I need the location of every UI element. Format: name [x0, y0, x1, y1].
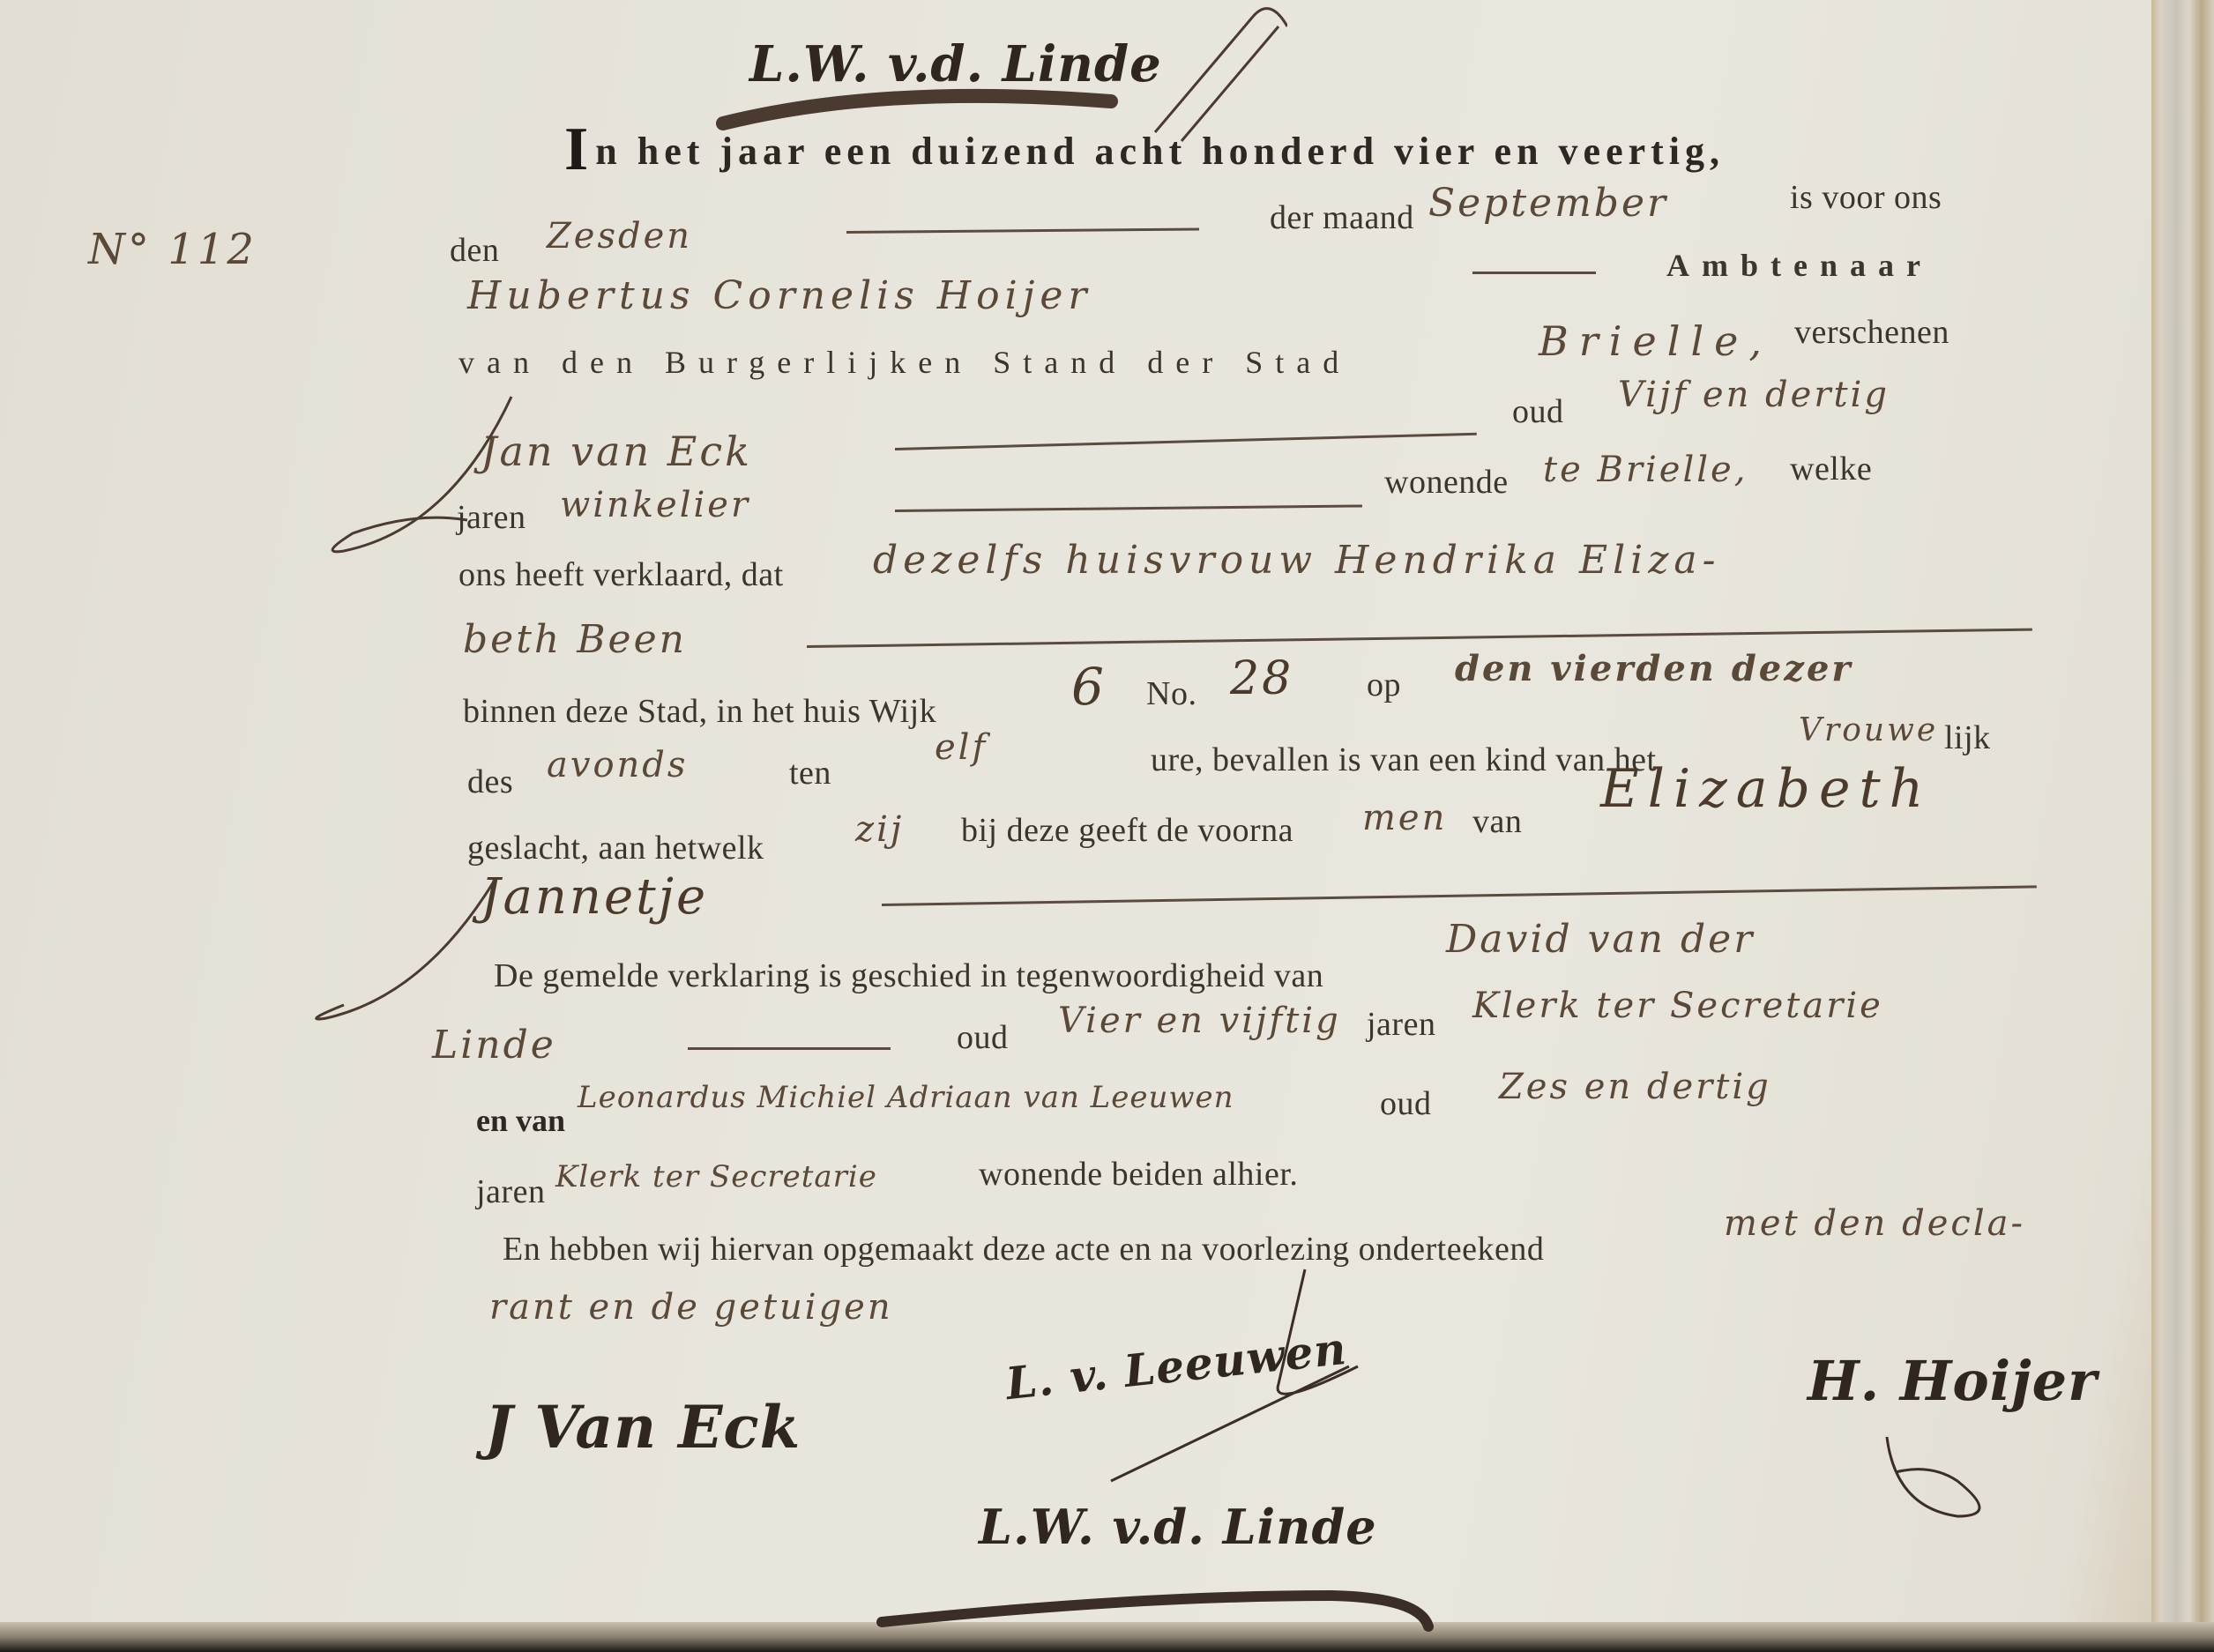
field-month: September	[1428, 181, 1668, 226]
label-gemelde-verklaring: De gemelde verklaring is geschied in teg…	[494, 956, 1323, 995]
signature-official: H. Hoijer	[1808, 1349, 2098, 1413]
field-occupation: winkelier	[560, 485, 750, 525]
letter-flourish-icon	[317, 388, 547, 564]
label-oud: oud	[1512, 392, 1564, 431]
label-burgerlijke-stand: van den Burgerlijken Stand der Stad	[458, 344, 1351, 381]
label-jaren: jaren	[476, 1172, 545, 1211]
field-city: Brielle,	[1539, 317, 1772, 365]
field-witness1-cont: Linde	[432, 1023, 556, 1068]
label-welke: welke	[1790, 450, 1872, 488]
field-declarant-age: Vijf en dertig	[1618, 375, 1890, 415]
label-wonende: wonende	[1384, 463, 1509, 502]
drop-cap: I	[564, 115, 593, 183]
field-witness1-age: Vier en vijftig	[1058, 1001, 1341, 1041]
letter-flourish-icon	[300, 873, 529, 1031]
field-hour: elf	[935, 727, 988, 768]
label-ambtenaar: Ambtenaar	[1666, 247, 1933, 284]
label-is-voor-ons: is voor ons	[1790, 178, 1942, 217]
signature-flourish-icon	[1005, 1261, 1375, 1490]
field-witness2-occupation: Klerk ter Secretarie	[555, 1159, 877, 1194]
label-der-maand: der maand	[1270, 198, 1414, 237]
field-child-name: Elizabeth	[1600, 758, 1932, 820]
field-witness2-age: Zes en dertig	[1499, 1067, 1771, 1107]
signature-flourish-icon	[1878, 1428, 2037, 1534]
field-mother: dezelfs huisvrouw Hendrika Eliza-	[873, 538, 1721, 583]
label-jaren: jaren	[457, 498, 526, 537]
opening-line-text: n het jaar een duizend acht honderd vier…	[595, 130, 1725, 173]
opening-line: In het jaar een duizend acht honderd vie…	[564, 115, 1725, 185]
label-den: den	[450, 231, 499, 270]
field-day: Zesden	[547, 216, 692, 257]
label-voorna: bij deze geeft de voorna	[961, 811, 1293, 850]
field-official-name: Hubertus Cornelis Hoijer	[467, 273, 1092, 318]
label-ten: ten	[789, 754, 831, 793]
signature-underline-icon	[873, 1578, 1437, 1640]
label-ons-heeft-verklaard: ons heeft verklaard, dat	[458, 555, 784, 594]
label-no: No.	[1146, 674, 1196, 713]
field-residence: te Brielle,	[1543, 450, 1748, 490]
field-closing-hand: met den decla-	[1724, 1203, 2025, 1244]
label-jaren: jaren	[1367, 1005, 1435, 1044]
field-witness2: Leonardus Michiel Adriaan van Leeuwen	[578, 1080, 1234, 1115]
field-closing-hand-cont: rant en de getuigen	[489, 1287, 893, 1328]
label-oud: oud	[957, 1018, 1009, 1057]
field-witness1: David van der	[1446, 917, 1755, 962]
page-stack-edge	[2151, 0, 2214, 1652]
field-birth-date: den vierden dezer	[1455, 648, 1852, 689]
signature-declarant: J Van Eck	[485, 1393, 801, 1462]
record-number: N° 112	[88, 225, 257, 274]
label-des: des	[467, 763, 513, 801]
label-binnen-deze-stad: binnen deze Stad, in het huis Wijk	[463, 692, 936, 731]
fill-line	[1472, 272, 1596, 274]
label-en-van: en van	[476, 1102, 565, 1139]
label-geslacht: geslacht, aan hetwelk	[467, 829, 764, 867]
field-daypart: avonds	[547, 745, 688, 785]
label-oud: oud	[1380, 1084, 1432, 1123]
field-witness1-occupation: Klerk ter Secretarie	[1472, 986, 1883, 1026]
field-wijk: 6	[1071, 657, 1107, 717]
label-lijk: lijk	[1944, 718, 1991, 757]
field-pronoun: zij	[855, 809, 904, 850]
field-mother-cont: beth Been	[463, 617, 687, 662]
label-van: van	[1472, 802, 1522, 841]
label-wonende-beiden: wonende beiden alhier.	[979, 1155, 1298, 1194]
label-op: op	[1367, 666, 1401, 704]
signature-secretary: L.W. v.d. Linde	[979, 1499, 1377, 1555]
fill-line	[688, 1047, 891, 1050]
field-gender: Vrouwe	[1799, 712, 1938, 748]
field-house-number: 28	[1230, 652, 1293, 705]
field-men: men	[1362, 798, 1447, 838]
label-ure-bevallen: ure, bevallen is van een kind van het	[1151, 740, 1657, 779]
label-verschenen: verschenen	[1794, 313, 1949, 352]
